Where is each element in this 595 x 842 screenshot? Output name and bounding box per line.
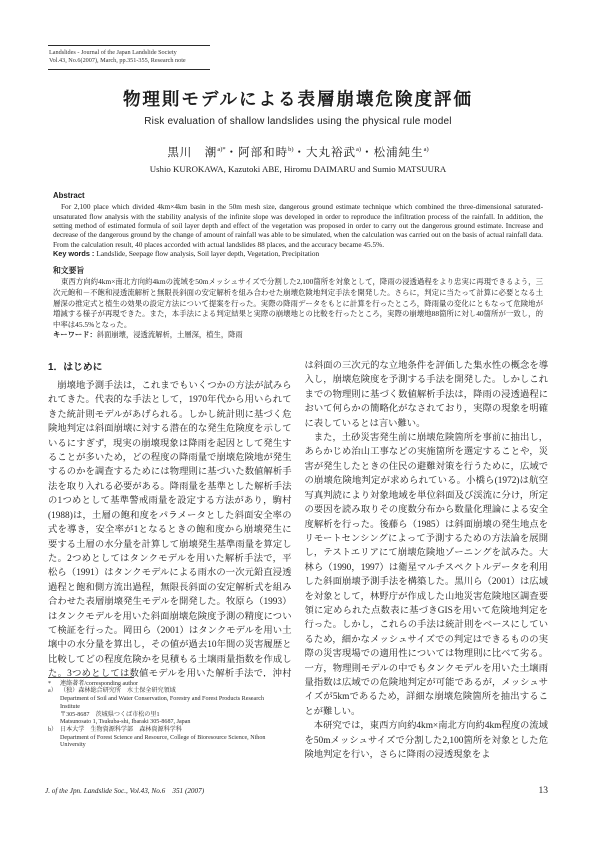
- author-name: 阿部和時: [238, 147, 288, 159]
- body-paragraph: 本研究では，東西方向約4km×南北方向約4km程度の流域を50mメッシュサイズで…: [305, 719, 549, 762]
- japanese-keywords: キーワード：斜面崩壊，浸透流解析，土層深，植生，降雨: [53, 330, 543, 340]
- paper-page: Landslides - Journal of the Japan Landsl…: [0, 0, 595, 842]
- page-footer: J. of the Jpn. Landslide Soc., Vol.43, N…: [45, 786, 548, 796]
- author-separator: ・: [361, 147, 374, 159]
- abstract-keywords: Key words : Landslide, Seepage flow anal…: [53, 249, 543, 259]
- body-paragraph: 崩壊地予測手法は，これまでもいくつかの方法が試みられてきた。代表的な手法として，…: [48, 379, 292, 696]
- footnotes: *連絡著者/corresponding author a）（独）森林総合研究所 …: [48, 677, 292, 750]
- body-paragraph: また，土砂災害発生前に崩壊危険箇所を事前に抽出し，あらかじめ治山工事などの実施箇…: [305, 431, 549, 719]
- abstract-section: Abstract For 2,100 place which divided 4…: [48, 191, 548, 258]
- author-separator: ・: [226, 147, 239, 159]
- footnote-line: b）日本大学 生物資源科学部 森林資源科学科: [48, 727, 292, 735]
- author-name: 松浦純生: [374, 147, 424, 159]
- japanese-keywords-list: 斜面崩壊，浸透流解析，土層深，植生，降雨: [97, 330, 243, 339]
- footnote-line: University: [48, 742, 292, 750]
- right-column: は斜面の三次元的な立地条件を評価した集水性の概念を導入し，崩壊危険度を予測する手…: [305, 359, 549, 752]
- title-japanese: 物理則モデルによる表層崩壊危険度評価: [48, 86, 548, 111]
- journal-header: Landslides - Journal of the Japan Landsl…: [48, 45, 210, 70]
- author-affiliation-mark: a)*: [217, 147, 225, 154]
- abstract-body: For 2,100 place which divided 4km×4km ba…: [53, 202, 543, 248]
- footnote-line: 〒305-8687 茨城県つくば市松の里1: [48, 712, 292, 720]
- abstract-heading: Abstract: [53, 191, 543, 201]
- authors-japanese: 黒川 潮a)*・阿部和時b)・大丸裕武a)・松浦純生a): [48, 144, 548, 160]
- japanese-abstract-section: 和文要旨 東西方向約4km×南北方向約4kmの流域を50mメッシュサイズで分割し…: [48, 266, 548, 340]
- footnote-line: a）（独）森林総合研究所 水土保全研究領域: [48, 688, 292, 696]
- body-columns: 1．はじめに 崩壊地予測手法は，これまでもいくつかの方法が試みられてきた。代表的…: [48, 359, 548, 752]
- keywords-label: Key words :: [53, 249, 96, 258]
- japanese-keywords-label: キーワード：: [53, 330, 97, 339]
- author-name: 大丸裕武: [306, 147, 356, 159]
- footnote-line: Department of Forest Science and Resourc…: [48, 735, 292, 743]
- author-name: 黒川 潮: [167, 147, 217, 159]
- footer-journal-citation: J. of the Jpn. Landslide Soc., Vol.43, N…: [45, 786, 204, 796]
- title-english: Risk evaluation of shallow landslides us…: [48, 116, 548, 127]
- footnote-line: Matsunosato 1, Tsukuba-shi, Ibaraki 305-…: [48, 719, 292, 727]
- journal-name: Landslides - Journal of the Japan Landsl…: [49, 49, 209, 57]
- footnote-divider: [48, 677, 134, 678]
- japanese-abstract-heading: 和文要旨: [53, 266, 543, 276]
- keywords-list: Landslide, Seepage flow analysis, Soil l…: [96, 249, 319, 258]
- footnote-line: Department of Soil and Water Conservatio…: [48, 696, 292, 704]
- footnote-line: Institute: [48, 704, 292, 712]
- author-affiliation-mark: a): [424, 147, 429, 154]
- body-paragraph: は斜面の三次元的な立地条件を評価した集水性の概念を導入し，崩壊危険度を予測する手…: [305, 359, 549, 431]
- left-column: 1．はじめに 崩壊地予測手法は，これまでもいくつかの方法が試みられてきた。代表的…: [48, 359, 292, 752]
- japanese-abstract-body: 東西方向約4km×南北方向約4kmの流域を50mメッシュサイズで分割した2,10…: [53, 277, 543, 330]
- page-number: 13: [539, 786, 549, 796]
- authors-english: Ushio KUROKAWA, Kazutoki ABE, Hiromu DAI…: [48, 164, 548, 174]
- journal-issue-info: Vol.43, No.6(2007), March, pp.351-355, R…: [49, 57, 209, 65]
- author-separator: ・: [294, 147, 307, 159]
- section-heading-introduction: 1．はじめに: [48, 359, 292, 373]
